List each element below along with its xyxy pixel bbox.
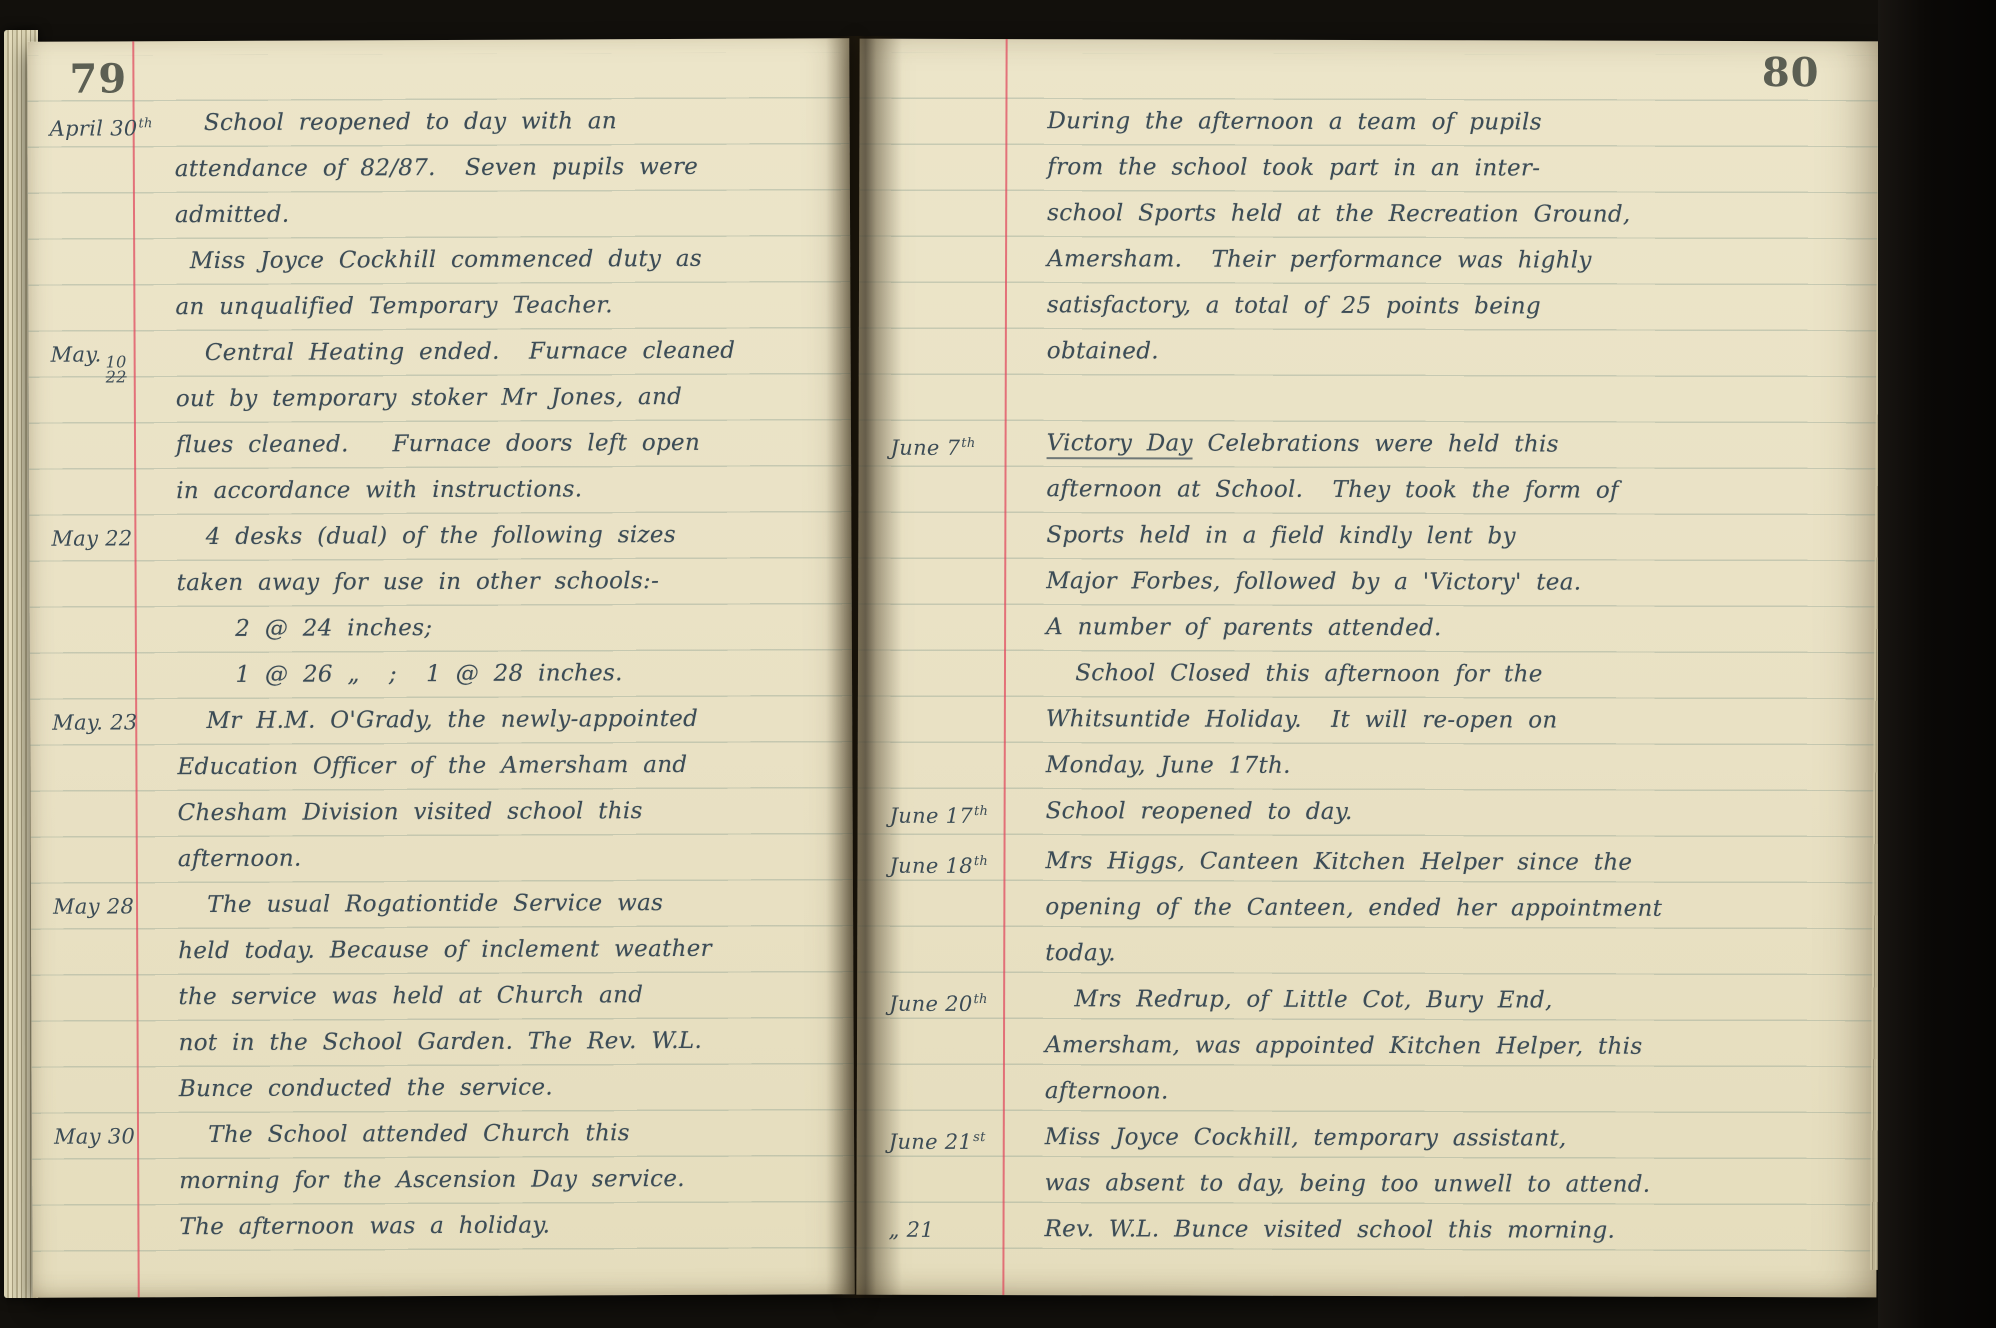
entry-line: school Sports held at the Recreation Gro…: [1047, 191, 1863, 239]
entry-date-text: May 30: [54, 1124, 135, 1148]
entry-date-ordinal: th: [961, 436, 975, 451]
entries-right: During the afternoon a team of pupilsfro…: [856, 99, 1879, 1286]
entry-line: not in the School Garden. The Rev. W.L.: [179, 1018, 838, 1067]
entry-date: May. 23: [30, 699, 135, 745]
log-entry: May 30 The School attended Church thismo…: [32, 1110, 855, 1252]
page-number-left: 79: [69, 55, 127, 102]
entry-line: School reopened to day.: [1046, 789, 1862, 837]
entry-date-struck-day: 22: [106, 369, 127, 384]
log-entry: June 21stMiss Joyce Cockhill, temporary …: [857, 1115, 1877, 1210]
entry-text: Mr H.M. O'Grady, the newly-appointedEduc…: [135, 696, 853, 883]
entry-date-text: „ 21: [888, 1218, 934, 1242]
underlined-text: Victory Day: [1047, 430, 1193, 459]
entry-line: The School attended Church this: [179, 1110, 838, 1159]
entry-line: afternoon at School. They took the form …: [1046, 467, 1862, 515]
log-entry: June 7thVictory Day Celebrations were he…: [858, 421, 1879, 792]
entry-line: out by temporary stoker Mr Jones, and: [176, 374, 835, 423]
entry-line: satisfactory, a total of 25 points being: [1047, 283, 1863, 331]
entry-line: the service was held at Church and: [178, 972, 837, 1021]
entry-text: Central Heating ended. Furnace cleanedou…: [134, 328, 852, 515]
entry-date-text: June 17: [890, 804, 973, 828]
entry-line: Chesham Division visited school this: [178, 788, 837, 837]
entry-line: During the afternoon a team of pupils: [1047, 99, 1863, 147]
entry-line: The usual Rogationtide Service was: [178, 880, 837, 929]
log-entry: April 30th School reopened to day with a…: [28, 98, 851, 332]
logbook-scan: 79 April 30th School reopened to day wit…: [0, 0, 1996, 1328]
entry-date: June 20th: [857, 977, 1003, 1027]
log-entry: May. 23 Mr H.M. O'Grady, the newly-appoi…: [30, 696, 853, 884]
entry-line: The afternoon was a holiday.: [179, 1202, 838, 1251]
entry-line: Sports held in a field kindly lent by: [1046, 513, 1862, 561]
entry-line: afternoon.: [178, 834, 837, 883]
entry-date: June 7th: [859, 421, 1005, 471]
log-entry: June 18thMrs Higgs, Canteen Kitchen Help…: [857, 839, 1877, 980]
book-cover-right: [1878, 0, 1996, 1328]
entry-line: Victory Day Celebrations were held this: [1047, 421, 1863, 469]
entry-date: May 30: [32, 1113, 137, 1159]
entry-text: 4 desks (dual) of the following sizestak…: [134, 512, 852, 699]
entry-line: Mrs Redrup, of Little Cot, Bury End,: [1045, 977, 1861, 1025]
entry-date-ordinal: th: [974, 992, 988, 1007]
entry-date-text: May.: [51, 342, 102, 366]
entry-line: Major Forbes, followed by a 'Victory' te…: [1046, 559, 1862, 607]
logbook-page-right: 80 During the afternoon a team of pupils…: [856, 39, 1879, 1298]
entry-line: attendance of 82/87. Seven pupils were: [175, 144, 834, 193]
entry-line: Miss Joyce Cockhill, temporary assistant…: [1045, 1115, 1861, 1163]
log-entry: May 28 The usual Rogationtide Service wa…: [31, 880, 854, 1114]
entry-line: taken away for use in other schools:-: [177, 558, 836, 607]
entry-date-text: June 21: [889, 1130, 972, 1154]
entry-date-text: May. 23: [52, 710, 137, 734]
entry-date: May.1022: [29, 331, 134, 384]
entry-date-ordinal: st: [973, 1130, 986, 1145]
entry-text: Victory Day Celebrations were held thisa…: [1004, 421, 1879, 791]
entry-line: Rev. W.L. Bunce visited school this morn…: [1044, 1207, 1860, 1255]
entry-text: During the afternoon a team of pupilsfro…: [1005, 99, 1880, 377]
entry-date: June 17th: [858, 789, 1004, 839]
entry-text: The School attended Church thismorning f…: [137, 1110, 855, 1251]
entry-line: Mr H.M. O'Grady, the newly-appointed: [177, 696, 836, 745]
entry-line: held today. Because of inclement weather: [178, 926, 837, 975]
log-entry: June 20th Mrs Redrup, of Little Cot, Bur…: [857, 977, 1877, 1118]
entry-line: Whitsuntide Holiday. It will re-open on: [1046, 697, 1862, 745]
entry-text: The usual Rogationtide Service washeld t…: [136, 880, 854, 1113]
entry-line: obtained.: [1047, 329, 1863, 377]
entry-date-ordinal: th: [974, 804, 988, 819]
entry-line: Monday, June 17th.: [1046, 743, 1862, 791]
entry-text: Mrs Redrup, of Little Cot, Bury End,Amer…: [1003, 977, 1877, 1117]
entry-text: School reopened to day.: [1004, 789, 1878, 837]
entry-date-text: June 7: [891, 436, 961, 460]
log-entry: May.1022 Central Heating ended. Furnace …: [29, 328, 852, 516]
entry-line: afternoon.: [1045, 1069, 1861, 1117]
entry-line: from the school took part in an inter-: [1047, 145, 1863, 193]
entry-line: Education Officer of the Amersham and: [177, 742, 836, 791]
entry-line: A number of parents attended.: [1046, 605, 1862, 653]
entry-text: School reopened to day with anattendance…: [133, 98, 851, 331]
entry-date: May 28: [31, 883, 136, 929]
entry-date: June 21st: [857, 1115, 1003, 1165]
log-entry: „ 21Rev. W.L. Bunce visited school this …: [856, 1207, 1876, 1256]
entry-date: „ 21: [856, 1207, 1002, 1253]
entry-date-text: June 20: [889, 992, 972, 1016]
entry-line: morning for the Ascension Day service.: [179, 1156, 838, 1205]
entry-date: June 18th: [857, 839, 1003, 889]
entry-line: flues cleaned. Furnace doors left open: [176, 420, 835, 469]
entry-line: in accordance with instructions.: [176, 466, 835, 515]
entry-text: Rev. W.L. Bunce visited school this morn…: [1002, 1207, 1876, 1255]
entry-line: admitted.: [175, 190, 834, 239]
entry-line: School Closed this afternoon for the: [1046, 651, 1862, 699]
entry-line: was absent to day, being too unwell to a…: [1045, 1161, 1861, 1209]
entries-left: April 30th School reopened to day with a…: [28, 98, 855, 1286]
entry-line: Amersham, was appointed Kitchen Helper, …: [1045, 1023, 1861, 1071]
entry-line: Central Heating ended. Furnace cleaned: [176, 328, 835, 377]
entry-line: an unqualified Temporary Teacher.: [175, 282, 834, 331]
entry-text: Miss Joyce Cockhill, temporary assistant…: [1003, 1115, 1877, 1209]
entry-date-text: May 22: [51, 526, 132, 550]
entry-date: May 22: [29, 515, 134, 561]
entry-date-text: May 28: [53, 894, 134, 918]
entry-date-text: June 18: [889, 854, 972, 878]
entry-line: Amersham. Their performance was highly: [1047, 237, 1863, 285]
entry-text: Mrs Higgs, Canteen Kitchen Helper since …: [1003, 839, 1877, 979]
log-entry: May 22 4 desks (dual) of the following s…: [29, 512, 852, 700]
entry-date-correction: 1022: [106, 354, 127, 384]
entry-date: April 30th: [28, 101, 133, 151]
entry-line: today.: [1045, 931, 1861, 979]
logbook-page-left: 79 April 30th School reopened to day wit…: [27, 38, 854, 1298]
entry-line: 2 @ 24 inches;: [177, 604, 836, 653]
entry-line: 4 desks (dual) of the following sizes: [176, 512, 835, 561]
log-entry: During the afternoon a team of pupilsfro…: [859, 99, 1880, 378]
log-entry: June 17thSchool reopened to day.: [858, 789, 1878, 842]
entry-line: Bunce conducted the service.: [179, 1064, 838, 1113]
entry-line: Miss Joyce Cockhill commenced duty as: [175, 236, 834, 285]
page-number-right: 80: [1762, 49, 1820, 96]
entry-date-text: April 30: [50, 116, 138, 140]
entry-line: opening of the Canteen, ended her appoin…: [1045, 885, 1861, 933]
entry-line: Mrs Higgs, Canteen Kitchen Helper since …: [1045, 839, 1861, 887]
entry-date-ordinal: th: [974, 854, 988, 869]
entry-line: 1 @ 26 „ ; 1 @ 28 inches.: [177, 650, 836, 699]
entry-line: School reopened to day with an: [175, 98, 834, 147]
entry-line-rest: Celebrations were held this: [1193, 431, 1559, 458]
